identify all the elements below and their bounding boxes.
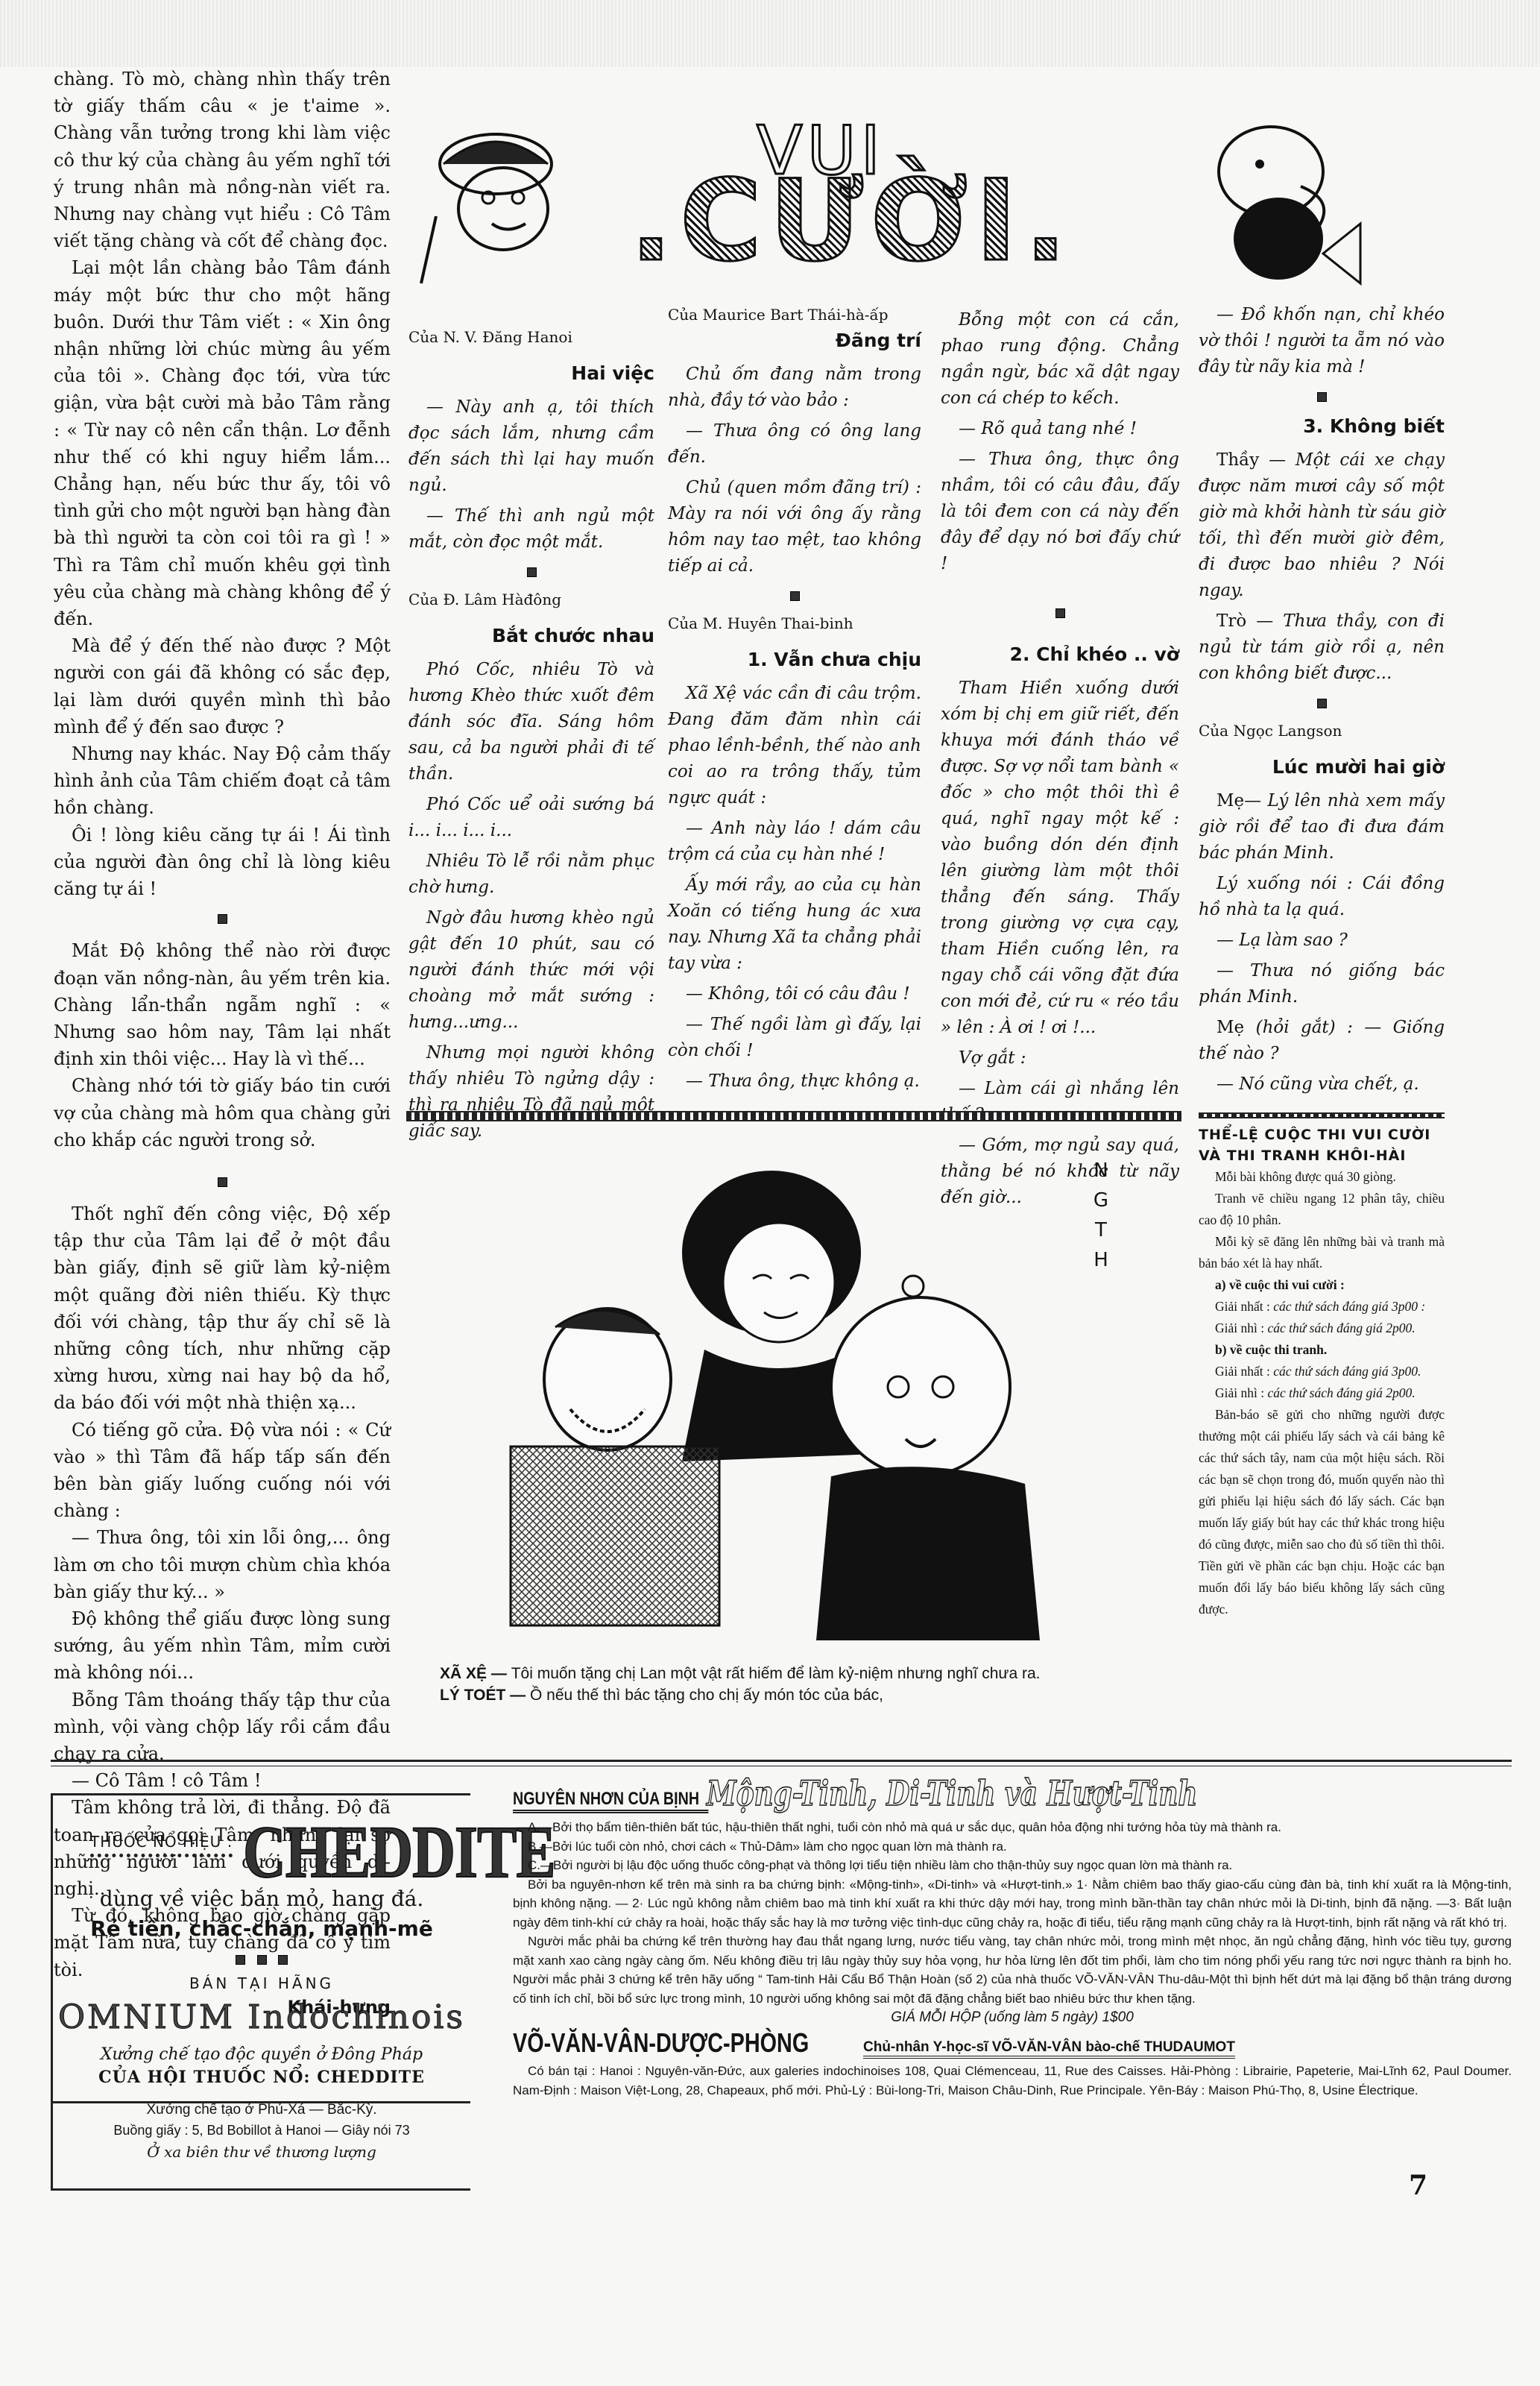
- joke-line: Bỗng một con cá cắn, phao rung động. Chẳ…: [941, 307, 1179, 412]
- story-paragraph: Nhưng nay khác. Nay Độ cảm thấy hình ảnh…: [54, 740, 391, 822]
- joke-title: Đãng trí: [668, 330, 921, 351]
- ad-line: Buồng giấy : 5, Bd Bobillot à Hanoi — Gi…: [53, 2123, 470, 2138]
- section-banner: VUI .CƯỜI.: [406, 104, 1524, 298]
- rules-prize: Giải nhất : các thứ sách đáng giá 3p00 :: [1199, 1296, 1445, 1318]
- joke-line: Xã Xệ vác cần đi câu trộm. Đang đăm đăm …: [668, 681, 921, 811]
- joke-line: — Thưa nó giống bác phán Minh.: [1199, 958, 1445, 1010]
- divider: [406, 1111, 1181, 1121]
- rules-prize: Giải nhì : các thứ sách đáng giá 2p00.: [1199, 1382, 1445, 1404]
- rules-heading: b) về cuộc thi tranh.: [1199, 1339, 1445, 1361]
- ad-brand: CHEDDITE: [243, 1810, 555, 1895]
- scan-noise-top: [0, 0, 1540, 67]
- ad-text: A.—Bởi thọ bẩm tiên-thiên bất túc, hậu-t…: [513, 1818, 1512, 1837]
- joke-line: — Lạ làm sao ?: [1199, 928, 1445, 954]
- joke-line: Phó Cốc, nhiêu Tò và hương Khèo thức xuố…: [408, 657, 654, 787]
- joke-byline: Của N. V. Đăng Hanoi: [408, 328, 654, 346]
- joke-line: — Không, tôi có câu đâu !: [668, 981, 921, 1007]
- rules-text: Tranh vẽ chiều ngang 12 phân tây, chiều …: [1199, 1188, 1445, 1231]
- joke-line: Mẹ (hỏi gắt) : — Giống thế nào ?: [1199, 1015, 1445, 1067]
- rules-text: Mỗi kỳ sẽ đăng lên những bài và tranh mà…: [1199, 1231, 1445, 1274]
- story-paragraph: chàng. Tò mò, chàng nhìn thấy trên tờ gi…: [54, 66, 391, 254]
- ad-line: Ở xa biên thư về thương lượng: [53, 2143, 470, 2161]
- story-paragraph: Bỗng Tâm thoáng thấy tập thư của mình, v…: [54, 1687, 391, 1768]
- rules-title: THỂ-LỆ CUỘC THI VUI CƯỜI: [1199, 1124, 1445, 1145]
- joke-line: Ấy mới rầy, ao của cụ hàn Xoăn có tiếng …: [668, 872, 921, 977]
- ad-title: Mộng-Tinh, Di-Tinh và Hượt-Tinh: [707, 1773, 1197, 1813]
- divider: [51, 1760, 1512, 1762]
- page-number: 7: [1409, 2170, 1427, 2201]
- ad-separator: [53, 1954, 470, 1968]
- section-separator: [408, 566, 654, 580]
- joke-title: Lúc mười hai giờ: [1199, 756, 1445, 778]
- ad-text: C.—Bởi người bị lậu độc uống thuốc công-…: [513, 1856, 1512, 1875]
- joke-line: Chủ ốm đang nằm trong nhà, đầy tớ vào bả…: [668, 362, 921, 414]
- ad-line: Xưởng chế tạo độc quyền ở Đông Pháp: [53, 2045, 470, 2064]
- joke-line: — Thế thì anh ngủ một mắt, còn đọc một m…: [408, 503, 654, 555]
- joke-column-1: Của N. V. Đăng Hanoi Hai việc — Này anh …: [408, 328, 654, 1149]
- rules-heading: a) về cuộc thi vui cười :: [1199, 1274, 1445, 1296]
- ad-line: CỦA HỘI THUỐC NỔ: CHEDDITE: [53, 2068, 470, 2087]
- ad-kicker: THUỐC NỔ HIỆU :: [90, 1833, 233, 1857]
- story-paragraph: Lại một lần chàng bảo Tâm đánh máy một b…: [54, 254, 391, 632]
- cheddite-ad: THUỐC NỔ HIỆU : CHEDDITE dùng về việc bắ…: [51, 1793, 470, 2103]
- joke-title: 1. Vẫn chưa chịu: [668, 649, 921, 670]
- joke-line: — Rõ quả tang nhé !: [941, 416, 1179, 442]
- ad-company: OMNIUM Indochinois: [53, 1998, 470, 2036]
- section-separator: [1199, 697, 1445, 711]
- rules-prize: Giải nhì : các thứ sách đáng giá 2p00.: [1199, 1318, 1445, 1339]
- story-paragraph: Ôi ! lòng kiêu căng tự ái ! Ái tình của …: [54, 822, 391, 903]
- joke-line: Nhiêu Tò lễ rồi nằm phục chờ hưng.: [408, 849, 654, 901]
- story-paragraph: — Thưa ông, tôi xin lỗi ông,... ông làm …: [54, 1524, 391, 1605]
- joke-line: Phó Cốc uể oải sướng bá i... i... i... i…: [408, 792, 654, 844]
- joke-column-4: — Đồ khốn nạn, chỉ khéo vờ thôi ! người …: [1199, 302, 1445, 1620]
- cartoon-caption: XÃ XỆ — Tôi muốn tặng chị Lan một vật rấ…: [440, 1663, 1185, 1706]
- ad-stockists: Có bán tại : Hanoi : Nguyên-văn-Đức, aux…: [513, 2062, 1512, 2100]
- divider: [51, 1766, 1512, 1766]
- joke-line: — Nó cũng vừa chết, ạ.: [1199, 1071, 1445, 1098]
- joke-title: Hai việc: [408, 362, 654, 384]
- ad-line: dùng về việc bắn mỏ, hang đá.: [53, 1886, 470, 1911]
- joke-line: — Này anh ạ, tôi thích đọc sách lắm, như…: [408, 394, 654, 499]
- joke-line: — Thưa ông, thực ông nhầm, tôi có câu đâ…: [941, 447, 1179, 577]
- joke-line: Thầy — Một cái xe chạy được năm mươi cây…: [1199, 447, 1445, 604]
- joke-line: — Thưa ông, thực không ạ.: [668, 1068, 921, 1095]
- ad-price: GIÁ MỖI HỘP (uống làm 5 ngày) 1$00: [513, 2009, 1512, 2026]
- cartoon-signature: NGTH: [1092, 1156, 1110, 1275]
- joke-line: — Đồ khốn nạn, chỉ khéo vờ thôi ! người …: [1199, 302, 1445, 380]
- joke-line: Trò — Thưa thầy, con đi ngủ từ tám giờ r…: [1199, 608, 1445, 687]
- contest-rules: THỂ-LỆ CUỘC THI VUI CƯỜI VÀ THI TRANH KH…: [1199, 1112, 1445, 1620]
- story-paragraph: Mà để ý đến thế nào được ? Một người con…: [54, 632, 391, 740]
- section-separator: [941, 607, 1179, 621]
- story-paragraph: Mắt Độ không thể nào rời được đoạn văn n…: [54, 937, 391, 1072]
- joke-line: — Thế ngồi làm gì đấy, lại còn chối !: [668, 1012, 921, 1064]
- section-separator: [54, 1176, 391, 1190]
- header-cuoi: .CƯỜI.: [630, 157, 1074, 286]
- joke-line: Mẹ— Lý lên nhà xem mấy giờ rồi để tao đi…: [1199, 788, 1445, 866]
- joke-column-3: Bỗng một con cá cắn, phao rung động. Chẳ…: [941, 307, 1179, 1215]
- ad-text: Bởi ba nguyên-nhơn kể trên mà sinh ra ba…: [513, 1875, 1512, 1933]
- divider: [1199, 1112, 1445, 1118]
- cartoon-drawing-icon: [458, 1141, 1129, 1655]
- joke-line: Vợ gắt :: [941, 1045, 1179, 1071]
- joke-byline: Của M. Huyên Thai-binh: [668, 614, 921, 632]
- section-separator: [668, 590, 921, 604]
- caricature-left-icon: [406, 104, 585, 291]
- joke-line: — Thưa ông có ông lang đến.: [668, 418, 921, 470]
- section-separator: [1199, 391, 1445, 405]
- joke-title: 3. Không biết: [1199, 415, 1445, 437]
- story-column: chàng. Tò mò, chàng nhìn thấy trên tờ gi…: [54, 66, 391, 2018]
- rules-prize: Giải nhất : các thứ sách đáng giá 3p00.: [1199, 1361, 1445, 1382]
- joke-line: Tham Hiền xuống dưới xóm bị chị em giữ r…: [941, 676, 1179, 1041]
- joke-line: Chủ (quen mồm đãng trí) : Mày ra nói với…: [668, 475, 921, 579]
- story-paragraph: Có tiếng gõ cửa. Độ vừa nói : « Cứ vào »…: [54, 1417, 391, 1525]
- cartoon-illustration: NGTH: [406, 1111, 1189, 1693]
- section-separator: [54, 913, 391, 927]
- story-paragraph: Thốt nghĩ đến công việc, Độ xếp tập thư …: [54, 1200, 391, 1417]
- ad-line: Rẻ tiền, chắc-chắn, mạnh-mẽ: [53, 1916, 470, 1941]
- joke-byline: Của Đ. Lâm Hàđông: [408, 591, 654, 608]
- ad-brand: VÕ-VĂN-VÂN-DƯỢC-PHÒNG: [513, 2027, 787, 2059]
- joke-line: Lý xuống nói : Cái đồng hồ nhà ta lạ quá…: [1199, 871, 1445, 923]
- joke-line: — Anh này láo ! dám câu trộm cá của cụ h…: [668, 816, 921, 868]
- ad-line: Xưởng chế tạo ở Phủ-Xá — Bắc-Kỳ.: [53, 2102, 470, 2118]
- story-paragraph: — Cô Tâm ! cô Tâm !: [54, 1767, 391, 1794]
- caricature-right-icon: [1189, 104, 1368, 298]
- joke-byline: Của Ngọc Langson: [1199, 722, 1445, 740]
- ad-brand-sub: Chủ-nhân Y-học-sĩ VÕ-VĂN-VÂN bào-chế THU…: [863, 2039, 1235, 2059]
- joke-title: Bắt chước nhau: [408, 625, 654, 646]
- ad-line: BÁN TẠI HÃNG: [53, 1974, 470, 1992]
- joke-title: 2. Chỉ khéo .. vờ: [941, 643, 1179, 665]
- joke-line: Ngờ đâu hương khèo ngủ gật đến 10 phút, …: [408, 905, 654, 1036]
- rules-title: VÀ THI TRANH KHÔI-HÀI: [1199, 1145, 1445, 1166]
- cheddite-ad-footer: Xưởng chế tạo ở Phủ-Xá — Bắc-Kỳ. Buồng g…: [51, 2099, 470, 2191]
- rules-text: Mỗi bài không được quá 30 giòng.: [1199, 1166, 1445, 1188]
- ad-kicker: NGUYÊN NHƠN CỦA BỊNH: [513, 1789, 708, 1813]
- medicine-ad: NGUYÊN NHƠN CỦA BỊNH Mộng-Tinh, Di-Tinh …: [513, 1773, 1512, 2100]
- story-paragraph: Chàng nhớ tới tờ giấy báo tin cưới vợ củ…: [54, 1072, 391, 1153]
- rules-text: Bản-báo sẽ gửi cho những người được thưở…: [1199, 1404, 1445, 1620]
- ad-text: Người mắc phải ba chứng kể trên thường h…: [513, 1932, 1512, 2008]
- ad-text: B.—Bởi lúc tuổi còn nhỏ, chơi cách « Thủ…: [513, 1837, 1512, 1857]
- story-paragraph: Độ không thể giấu được lòng sung sướng, …: [54, 1605, 391, 1687]
- joke-column-2: Của Maurice Bart Thái-hà-ấp Đãng trí Chủ…: [668, 306, 921, 1099]
- joke-byline: Của Maurice Bart Thái-hà-ấp: [668, 306, 921, 324]
